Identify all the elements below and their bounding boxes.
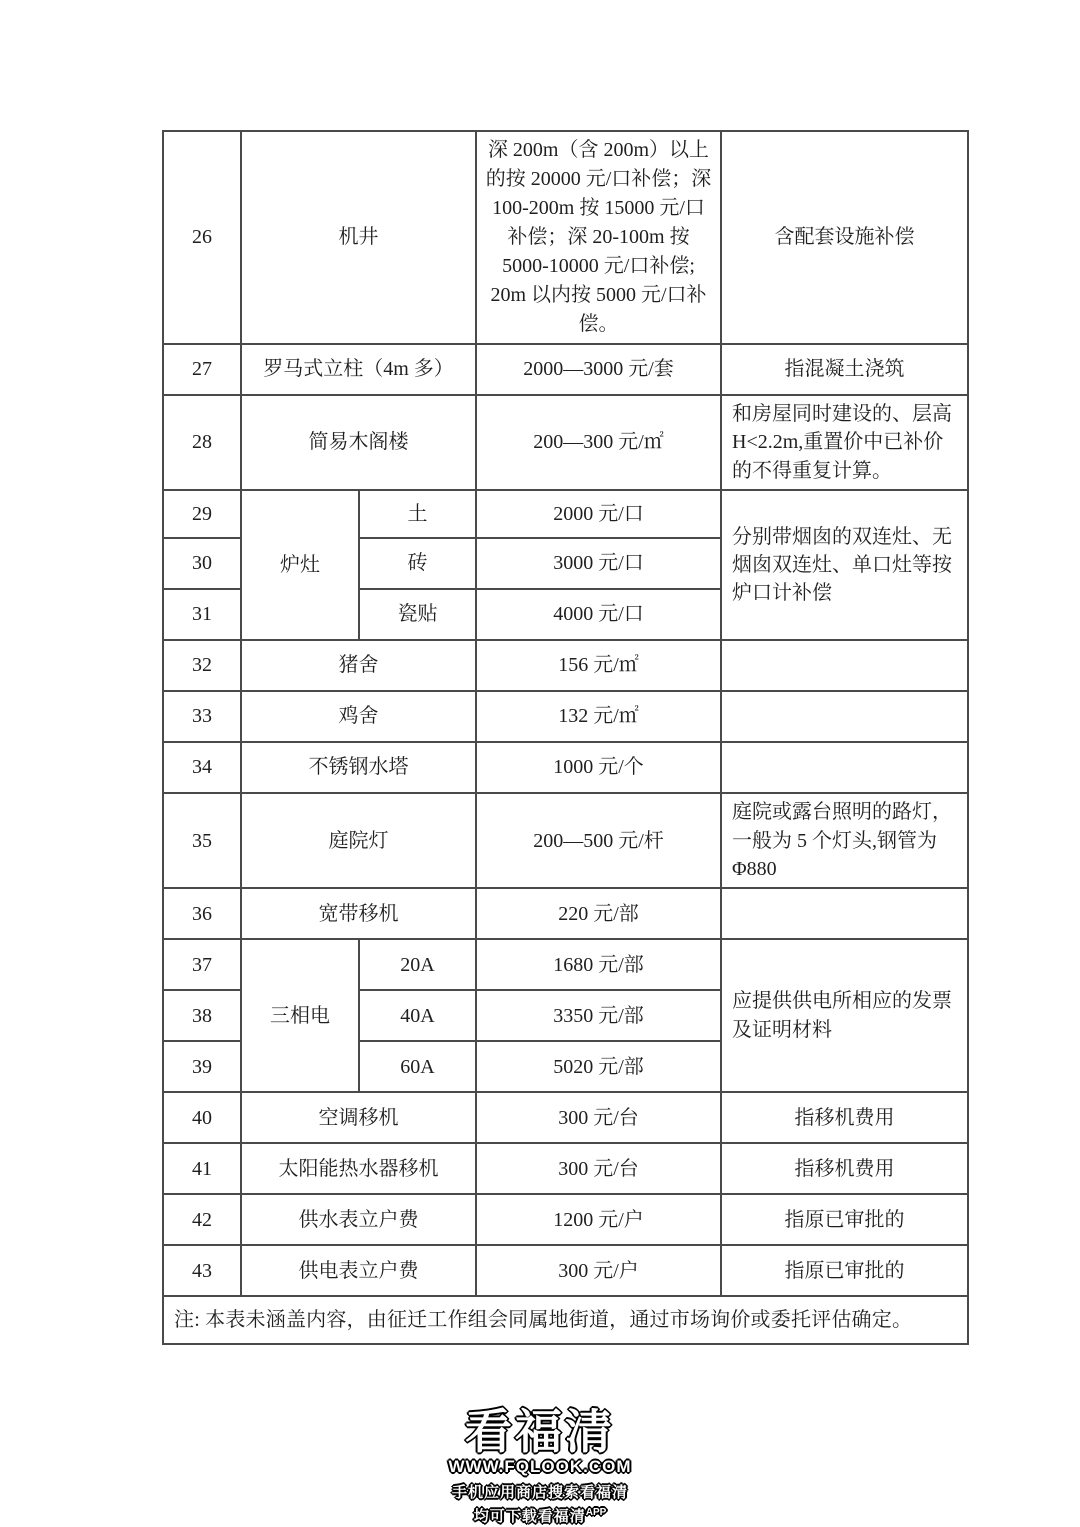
cell-note: 指移机费用 (721, 1143, 968, 1194)
cell-price: 3000 元/口 (476, 538, 721, 589)
cell-row-number: 34 (163, 742, 241, 793)
cell-note (721, 640, 968, 691)
cell-item-name: 供水表立户费 (241, 1194, 476, 1245)
watermark: 看福清 WWW.FQLOOK.COM 手机应用商店搜索看福清 均可下载看福清AP… (0, 1408, 1080, 1524)
cell-row-number: 37 (163, 939, 241, 990)
cell-price: 300 元/户 (476, 1245, 721, 1296)
cell-price: 300 元/台 (476, 1143, 721, 1194)
table-row: 26 机井 深 200m（含 200m）以上的按 20000 元/口补偿；深 1… (163, 131, 968, 344)
cell-price: 2000 元/口 (476, 490, 721, 538)
cell-price: 1200 元/户 (476, 1194, 721, 1245)
cell-row-number: 30 (163, 538, 241, 589)
cell-row-number: 33 (163, 691, 241, 742)
table-row: 27 罗马式立柱（4m 多） 2000—3000 元/套 指混凝土浇筑 (163, 344, 968, 395)
cell-item-name: 庭院灯 (241, 793, 476, 888)
table-row: 40 空调移机 300 元/台 指移机费用 (163, 1092, 968, 1143)
cell-note (721, 742, 968, 793)
table-row: 36 宽带移机 220 元/部 (163, 888, 968, 939)
cell-item-name: 宽带移机 (241, 888, 476, 939)
cell-item-name: 罗马式立柱（4m 多） (241, 344, 476, 395)
cell-price: 300 元/台 (476, 1092, 721, 1143)
cell-price: 3350 元/部 (476, 990, 721, 1041)
cell-note: 应提供供电所相应的发票及证明材料 (721, 939, 968, 1092)
cell-note: 指原已审批的 (721, 1245, 968, 1296)
table-row: 29 炉灶 土 2000 元/口 分别带烟囱的双连灶、无烟囱双连灶、单口灶等按炉… (163, 490, 968, 538)
cell-item-group: 三相电 (241, 939, 359, 1092)
cell-item-name: 鸡舍 (241, 691, 476, 742)
table-footer-note: 注: 本表未涵盖内容，由征迁工作组会同属地街道，通过市场询价或委托评估确定。 (163, 1296, 968, 1344)
table-row: 33 鸡舍 132 元/㎡ (163, 691, 968, 742)
table-row: 35 庭院灯 200—500 元/杆 庭院或露台照明的路灯，一般为 5 个灯头,… (163, 793, 968, 888)
cell-row-number: 27 (163, 344, 241, 395)
cell-item-sub: 20A (359, 939, 476, 990)
cell-note: 分别带烟囱的双连灶、无烟囱双连灶、单口灶等按炉口计补偿 (721, 490, 968, 640)
watermark-logo-text: 看福清 (0, 1408, 1080, 1455)
cell-item-group: 炉灶 (241, 490, 359, 640)
cell-note: 含配套设施补偿 (721, 131, 968, 344)
cell-item-name: 简易木阁楼 (241, 395, 476, 490)
cell-item-name: 空调移机 (241, 1092, 476, 1143)
cell-note (721, 691, 968, 742)
table-row: 43 供电表立户费 300 元/户 指原已审批的 (163, 1245, 968, 1296)
cell-price: 132 元/㎡ (476, 691, 721, 742)
cell-row-number: 28 (163, 395, 241, 490)
cell-price: 220 元/部 (476, 888, 721, 939)
watermark-url: WWW.FQLOOK.COM (0, 1458, 1080, 1477)
cell-row-number: 39 (163, 1041, 241, 1092)
cell-item-sub: 60A (359, 1041, 476, 1092)
table-row: 42 供水表立户费 1200 元/户 指原已审批的 (163, 1194, 968, 1245)
cell-note: 指原已审批的 (721, 1194, 968, 1245)
cell-item-sub: 40A (359, 990, 476, 1041)
watermark-tagline-2: 均可下载看福清APP (0, 1508, 1080, 1524)
cell-price: 1000 元/个 (476, 742, 721, 793)
watermark-tagline-2-app-suffix: APP (586, 1507, 607, 1518)
cell-row-number: 31 (163, 589, 241, 640)
cell-note: 庭院或露台照明的路灯，一般为 5 个灯头,钢管为Φ880 (721, 793, 968, 888)
cell-price: 1680 元/部 (476, 939, 721, 990)
cell-price: 4000 元/口 (476, 589, 721, 640)
table-footer-row: 注: 本表未涵盖内容，由征迁工作组会同属地街道，通过市场询价或委托评估确定。 (163, 1296, 968, 1344)
cell-price: 200—500 元/杆 (476, 793, 721, 888)
table-row: 41 太阳能热水器移机 300 元/台 指移机费用 (163, 1143, 968, 1194)
cell-note: 指混凝土浇筑 (721, 344, 968, 395)
cell-row-number: 35 (163, 793, 241, 888)
cell-price: 156 元/㎡ (476, 640, 721, 691)
cell-row-number: 42 (163, 1194, 241, 1245)
compensation-table: 26 机井 深 200m（含 200m）以上的按 20000 元/口补偿；深 1… (162, 130, 969, 1345)
cell-item-sub: 瓷贴 (359, 589, 476, 640)
cell-row-number: 43 (163, 1245, 241, 1296)
cell-row-number: 40 (163, 1092, 241, 1143)
cell-item-name: 猪舍 (241, 640, 476, 691)
table-row: 32 猪舍 156 元/㎡ (163, 640, 968, 691)
watermark-tagline-1: 手机应用商店搜索看福清 (0, 1485, 1080, 1500)
cell-row-number: 29 (163, 490, 241, 538)
table-row: 28 简易木阁楼 200—300 元/㎡ 和房屋同时建设的、层高H<2.2m,重… (163, 395, 968, 490)
cell-item-name: 太阳能热水器移机 (241, 1143, 476, 1194)
cell-note (721, 888, 968, 939)
cell-item-name: 供电表立户费 (241, 1245, 476, 1296)
cell-item-sub: 土 (359, 490, 476, 538)
cell-item-sub: 砖 (359, 538, 476, 589)
cell-note: 指移机费用 (721, 1092, 968, 1143)
cell-row-number: 26 (163, 131, 241, 344)
cell-item-name: 不锈钢水塔 (241, 742, 476, 793)
cell-row-number: 36 (163, 888, 241, 939)
cell-price: 200—300 元/㎡ (476, 395, 721, 490)
watermark-tagline-2-text: 均可下载看福清 (474, 1508, 586, 1525)
cell-row-number: 38 (163, 990, 241, 1041)
cell-note: 和房屋同时建设的、层高H<2.2m,重置价中已补价的不得重复计算。 (721, 395, 968, 490)
table-row: 37 三相电 20A 1680 元/部 应提供供电所相应的发票及证明材料 (163, 939, 968, 990)
cell-price: 深 200m（含 200m）以上的按 20000 元/口补偿；深 100-200… (476, 131, 721, 344)
cell-price: 2000—3000 元/套 (476, 344, 721, 395)
cell-row-number: 32 (163, 640, 241, 691)
cell-price: 5020 元/部 (476, 1041, 721, 1092)
document-page: 26 机井 深 200m（含 200m）以上的按 20000 元/口补偿；深 1… (0, 0, 1080, 1527)
cell-row-number: 41 (163, 1143, 241, 1194)
table-row: 34 不锈钢水塔 1000 元/个 (163, 742, 968, 793)
cell-item-name: 机井 (241, 131, 476, 344)
